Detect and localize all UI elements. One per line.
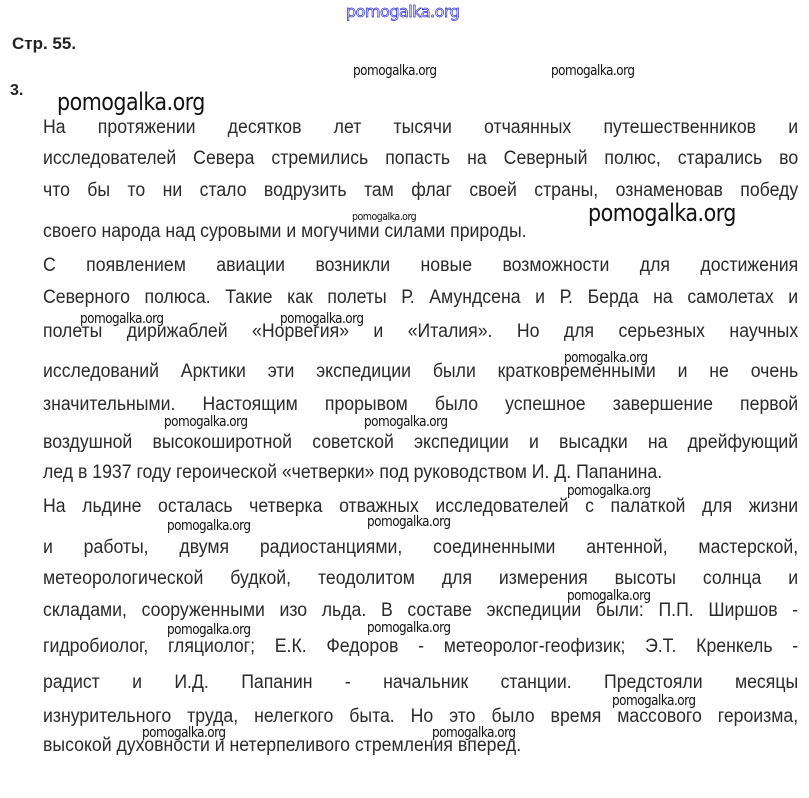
watermark: pomogalka.org bbox=[80, 311, 163, 327]
text-line: воздушной высокоширотной советской экспе… bbox=[43, 432, 745, 454]
watermark: pomogalka.org bbox=[551, 63, 634, 79]
text-line: и работы, двумя радиостанциями, соединен… bbox=[43, 537, 745, 559]
text-line: гидробиолог, гляциолог; Е.К. Федоров - м… bbox=[43, 636, 745, 658]
watermark: pomogalka.org bbox=[612, 693, 695, 709]
watermark: pomogalka.org bbox=[142, 725, 225, 741]
text-line: С появлением авиации возникли новые возм… bbox=[43, 255, 745, 277]
watermark: pomogalka.org bbox=[57, 88, 205, 116]
top-watermark: pomogalka.org bbox=[346, 2, 459, 21]
watermark: pomogalka.org bbox=[164, 414, 247, 430]
watermark: pomogalka.org bbox=[353, 63, 436, 79]
watermark: pomogalka.org bbox=[167, 518, 250, 534]
watermark: pomogalka.org bbox=[567, 483, 650, 499]
text-line: радист и И.Д. Папанин - начальник станци… bbox=[43, 672, 745, 694]
watermark: pomogalka.org bbox=[588, 199, 736, 227]
task-number: 3. bbox=[10, 82, 23, 100]
watermark: pomogalka.org bbox=[364, 414, 447, 430]
watermark: pomogalka.org bbox=[432, 725, 515, 741]
watermark: pomogalka.org bbox=[564, 350, 647, 366]
page-reference: Стр. 55. bbox=[12, 34, 76, 54]
text-line: исследователей Севера стремились попасть… bbox=[43, 148, 745, 170]
text-line: Северного полюса. Такие как полеты Р. Ам… bbox=[43, 287, 745, 309]
text-line: лед в 1937 году героической «четверки» п… bbox=[43, 462, 745, 484]
watermark: pomogalka.org bbox=[367, 620, 450, 636]
watermark: pomogalka.org bbox=[280, 311, 363, 327]
text-line: метеорологической будкой, теодолитом для… bbox=[43, 568, 745, 590]
text-line: значительными. Настоящим прорывом было у… bbox=[43, 394, 745, 416]
watermark: pomogalka.org bbox=[367, 514, 450, 530]
text-line: На протяжении десятков лет тысячи отчаян… bbox=[43, 117, 745, 139]
watermark: pomogalka.org bbox=[167, 622, 250, 638]
watermark: pomogalka.org bbox=[567, 588, 650, 604]
watermark: pomogalka.org bbox=[352, 210, 416, 223]
